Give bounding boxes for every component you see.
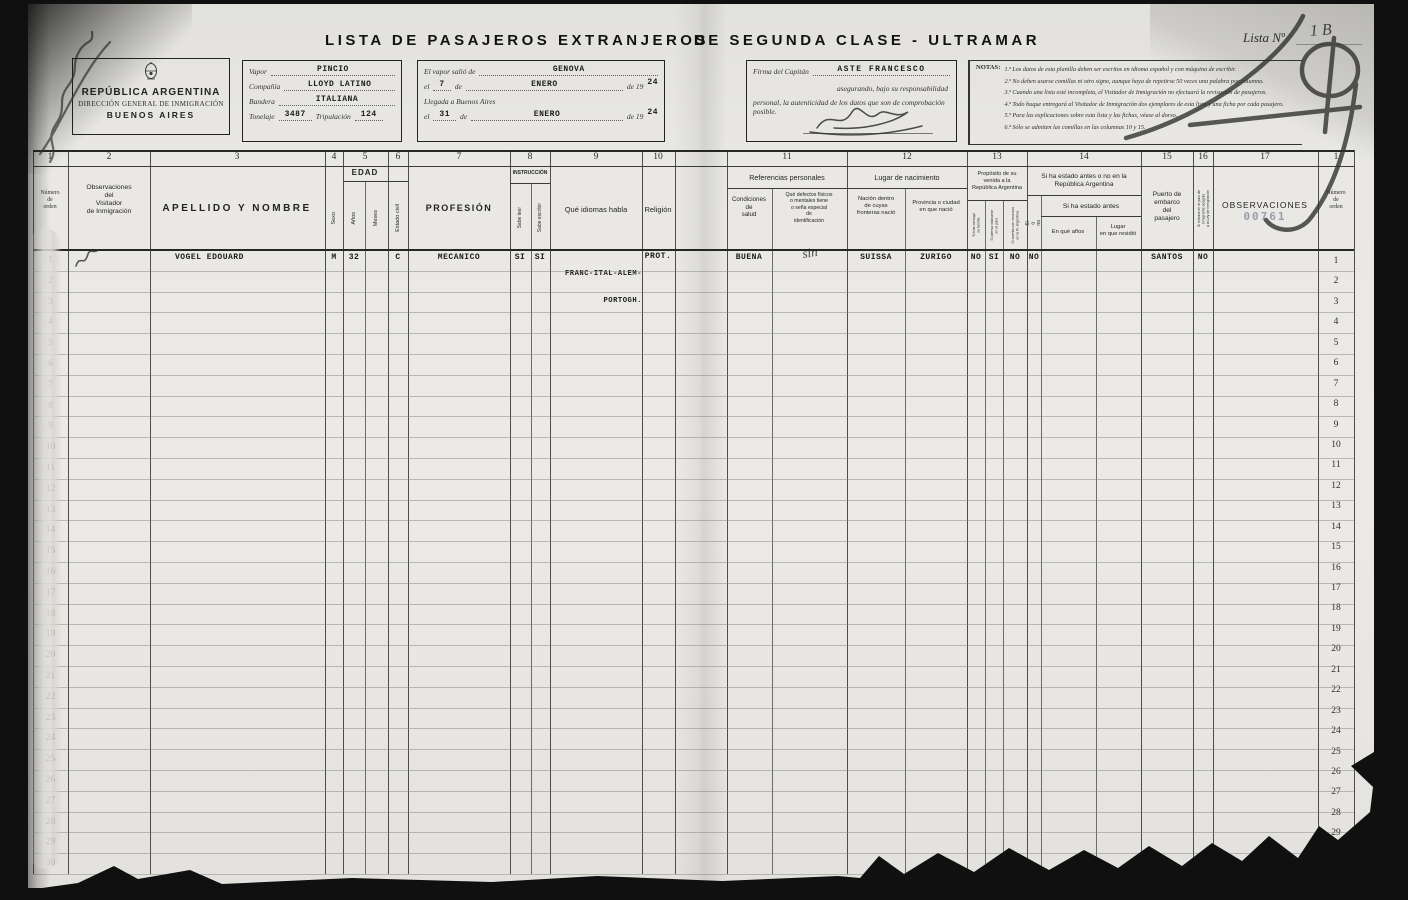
passenger-port: SANTOS xyxy=(1151,253,1183,262)
header-anios: Años xyxy=(351,212,357,225)
row-number-right: 25 xyxy=(1318,742,1354,762)
grid-line xyxy=(408,150,409,874)
grid-line xyxy=(510,150,511,874)
grid-line xyxy=(33,354,1354,355)
grid-line xyxy=(1027,195,1141,196)
grid-line xyxy=(1041,195,1042,874)
salida-day: 7 xyxy=(433,80,450,91)
grid-line xyxy=(343,181,408,182)
grid-line xyxy=(33,416,1354,417)
passenger-defects-handwritten: sin xyxy=(801,244,818,262)
col-number-3: 3 xyxy=(235,152,240,162)
header-sabe-leer: Sabe leer xyxy=(517,207,523,228)
tripulacion-label: Tripulación xyxy=(316,112,351,121)
grid-line xyxy=(33,396,1354,397)
vapor-label: Vapor xyxy=(249,67,267,76)
row-number-right: 20 xyxy=(1318,639,1354,659)
nota-3: 3.ª Cuando una lista esté incompleta, el… xyxy=(1004,87,1283,99)
de19-label-2: de 19 xyxy=(627,112,643,121)
header-en-que-anios: En qué años xyxy=(1052,229,1085,235)
grid-line xyxy=(1041,216,1141,217)
passenger-writes: SI xyxy=(535,253,546,262)
de19-label-1: de 19 xyxy=(627,82,643,91)
page-subtitle: DE SEGUNDA CLASE - ULTRAMAR xyxy=(694,32,1040,49)
grid-line xyxy=(33,770,1354,771)
grid-line xyxy=(510,183,550,184)
scan-background: LISTA DE PASAJEROS EXTRANJEROS DE SEGUND… xyxy=(0,0,1408,900)
header-observaciones: OBSERVACIONES xyxy=(1222,200,1308,210)
captain-name: ASTE FRANCESCO xyxy=(813,65,950,76)
grid-line xyxy=(33,666,1354,667)
grid-line xyxy=(1027,150,1028,874)
list-number-label: Lista Nº xyxy=(1243,30,1285,46)
signature-rule xyxy=(803,133,933,134)
llegada-label: Llegada a Buenos Aires xyxy=(424,97,495,106)
grid-line xyxy=(33,583,1354,584)
grid-line xyxy=(33,728,1354,729)
grid-line xyxy=(388,150,389,874)
col-number-16: 16 xyxy=(1198,152,1208,162)
row-numbers-right: 1234567891011121314151617181920212223242… xyxy=(1318,251,1354,844)
llegada-year: 24 xyxy=(647,108,658,117)
grid-line xyxy=(33,562,1354,563)
grid-line xyxy=(1193,150,1194,874)
grid-line xyxy=(967,200,1027,201)
header-numero-orden-right: Número de orden xyxy=(1327,190,1346,211)
grid-line xyxy=(68,150,69,874)
row-number-right: 3 xyxy=(1318,292,1354,312)
grid-line xyxy=(343,150,344,874)
row-number-right: 16 xyxy=(1318,558,1354,578)
grid-line xyxy=(33,853,1354,854)
passenger-col16-value: NO xyxy=(1198,253,1209,262)
de-label-1: de xyxy=(455,82,462,91)
header-lugar-residio: Lugar en que residió xyxy=(1100,224,1136,238)
salida-port: GENOVA xyxy=(479,65,658,76)
llegada-day: 31 xyxy=(433,110,456,121)
grid-line xyxy=(33,832,1354,833)
header-proposito-sub1: Si trae consigo su familia xyxy=(972,213,981,237)
grid-line xyxy=(550,150,551,874)
llegada-month: ENERO xyxy=(471,110,623,121)
salida-year: 24 xyxy=(647,78,658,87)
header-referencias: Referencias personales xyxy=(749,173,825,182)
col-number-17: 17 xyxy=(1260,152,1270,162)
voyage-info-box: El vapor salió deGENOVA el7deENEROde 192… xyxy=(417,60,665,142)
grid-line xyxy=(150,150,151,874)
passenger-reads: SI xyxy=(515,253,526,262)
nota-1: 1.ª Los datos de esta planilla deben ser… xyxy=(1004,64,1283,76)
page-fold-gutter xyxy=(675,4,727,892)
row-number-right: 26 xyxy=(1318,762,1354,782)
col-number-10: 10 xyxy=(653,152,663,162)
list-number-rule xyxy=(1296,44,1362,45)
header-proposito-sub3: Si cuenta con recursos en la R. Argentin… xyxy=(1011,207,1020,244)
compania-value: LLOYD LATINO xyxy=(284,80,395,91)
header-edad: EDAD xyxy=(352,168,379,177)
col-number-15: 15 xyxy=(1162,152,1172,162)
passenger-religion: PROT. xyxy=(645,252,672,261)
row-number-right: 22 xyxy=(1318,680,1354,700)
header-col16: Si entrará en el país de inmigrante acog… xyxy=(1197,190,1211,227)
grid-line xyxy=(33,479,1354,480)
grid-line xyxy=(967,150,968,874)
grid-line xyxy=(33,520,1354,521)
col-number-4: 4 xyxy=(332,152,337,162)
tonelaje-value: 3487 xyxy=(279,110,312,121)
passenger-birth-city: ZURIGO xyxy=(920,253,952,262)
row-number-right: 28 xyxy=(1318,803,1354,823)
header-estado-civil: Estado civil xyxy=(395,204,401,232)
grid-line xyxy=(33,791,1354,792)
vapor-value: PINCIO xyxy=(271,65,395,76)
tripulacion-value: 124 xyxy=(355,110,383,121)
row-number-right: 27 xyxy=(1318,782,1354,802)
grid-line xyxy=(33,271,1354,272)
grid-line xyxy=(33,812,1354,813)
grid-line xyxy=(33,874,1354,875)
grid-line xyxy=(325,150,326,874)
col-number-14: 14 xyxy=(1079,152,1089,162)
col-number-8: 8 xyxy=(528,152,533,162)
header-estado-antes-o-no: Si ha estado antes o no en la República … xyxy=(1041,173,1126,189)
passenger-health: BUENA xyxy=(736,253,763,262)
compania-label: Compañía xyxy=(249,82,280,91)
col-number-7: 7 xyxy=(457,152,462,162)
row-number-right: 6 xyxy=(1318,353,1354,373)
page-title: LISTA DE PASAJEROS EXTRANJEROS xyxy=(325,32,709,49)
salida-label: El vapor salió de xyxy=(424,67,475,76)
nota-6: 6.ª Sólo se admiten las comillas en las … xyxy=(1004,122,1283,134)
row-number-right: 4 xyxy=(1318,312,1354,332)
grid-line xyxy=(33,624,1354,625)
grid-line xyxy=(675,150,676,874)
grid-line xyxy=(33,645,1354,646)
row-number-right: 9 xyxy=(1318,415,1354,435)
tonelaje-label: Tonelaje xyxy=(249,112,275,121)
header-religion: Religión xyxy=(644,205,671,214)
col-number-9: 9 xyxy=(594,152,599,162)
col-number-6: 6 xyxy=(396,152,401,162)
grid-line xyxy=(33,604,1354,605)
list-number-value: 1 B xyxy=(1309,21,1332,40)
row-number-right: 2 xyxy=(1318,271,1354,291)
col-number-5: 5 xyxy=(363,152,368,162)
grid-line xyxy=(33,375,1354,376)
handwritten-inspector-mark xyxy=(76,250,98,266)
grid-line xyxy=(33,249,1354,251)
col-number-11: 11 xyxy=(782,152,791,162)
grid-line xyxy=(1003,200,1004,874)
header-salud: Condiciones de salud xyxy=(732,196,766,219)
passenger-purpose-3: NO xyxy=(1010,253,1021,262)
grid-line xyxy=(33,292,1354,293)
grid-line xyxy=(33,312,1354,313)
grid-line xyxy=(33,541,1354,542)
nota-5: 5.ª Para las explicaciones sobre esta li… xyxy=(1004,110,1283,122)
header-sabe-escribir: Sabe escribir xyxy=(537,203,543,232)
grid-line xyxy=(1354,150,1355,874)
grid-line xyxy=(1141,150,1142,874)
header-nacion: Nación dentro de cuyas fronteras nació xyxy=(857,196,895,217)
captain-box: Firma del CapitánASTE FRANCESCO aseguran… xyxy=(746,60,957,142)
header-proposito-sub2: Si piensa radicarse en el país xyxy=(990,210,999,241)
grid-line xyxy=(1318,150,1319,874)
header-provincia: Provincia o ciudad en que nació xyxy=(912,200,959,214)
notas-label: NOTAS: xyxy=(976,64,1000,133)
row-number-right: 1 xyxy=(1318,251,1354,271)
header-proposito: Propósito de su venida a la República Ar… xyxy=(972,171,1022,192)
header-apellido-nombre: APELLIDO Y NOMBRE xyxy=(162,203,311,214)
col-number-right: 1 xyxy=(1334,152,1339,162)
passenger-been-before: NO xyxy=(1029,253,1040,262)
grid-line xyxy=(985,200,986,874)
row-number-right: 8 xyxy=(1318,394,1354,414)
passenger-sex: M xyxy=(331,253,336,262)
header-defectos: Qué defectos físicos o mentales tiene o … xyxy=(786,192,833,224)
grid-line xyxy=(727,188,967,189)
col-number-12: 12 xyxy=(902,152,912,162)
grid-line xyxy=(33,166,1354,167)
salida-month: ENERO xyxy=(466,80,623,91)
nota-2: 2.ª No deben usarse comillas ni otro sig… xyxy=(1004,76,1283,88)
passenger-age: 32 xyxy=(349,253,360,262)
row-number-right: 29 xyxy=(1318,823,1354,843)
header-instruccion: INSTRUCCIÓN xyxy=(513,170,548,176)
passenger-birth-nation: SUISSA xyxy=(860,253,892,262)
binding-corner-shadow xyxy=(22,4,192,174)
nota-4: 4.ª Todo buque entregará al Visitador de… xyxy=(1004,99,1283,111)
row-number-right: 15 xyxy=(1318,537,1354,557)
grid-line xyxy=(1213,150,1214,874)
grid-line xyxy=(33,708,1354,709)
header-puerto-embarco: Puerto de embarco del pasajero xyxy=(1153,191,1182,223)
passenger-purpose-2: SI xyxy=(989,253,1000,262)
col-number-13: 13 xyxy=(992,152,1002,162)
captain-line2: personal, la autenticidad de los datos q… xyxy=(753,98,950,116)
header-profesion: PROFESIÓN xyxy=(426,203,493,213)
bandera-label: Bandera xyxy=(249,97,275,106)
row-number-right: 18 xyxy=(1318,598,1354,618)
captain-line1: asegurando, bajo su responsabilidad xyxy=(747,84,948,93)
header-meses: Meses xyxy=(373,210,379,226)
firma-label: Firma del Capitán xyxy=(753,67,809,76)
grid-line xyxy=(1096,216,1097,874)
grid-line xyxy=(33,333,1354,334)
row-number-right: 21 xyxy=(1318,660,1354,680)
grid-line xyxy=(33,687,1354,688)
de-label-2: de xyxy=(460,112,467,121)
bandera-value: ITALIANA xyxy=(279,95,395,106)
el-label-1: el xyxy=(424,82,429,91)
grid-line xyxy=(847,150,848,874)
header-si-o-no: Sí o no xyxy=(1026,220,1043,226)
header-si-ha-estado-antes: Si ha estado antes xyxy=(1063,203,1119,210)
row-number-right: 17 xyxy=(1318,578,1354,598)
header-idiomas: Qué idiomas habla xyxy=(565,205,628,214)
row-number-right: 24 xyxy=(1318,721,1354,741)
passenger-name: VOGEL EDOUARD xyxy=(175,253,244,262)
passenger-languages-line2: PORTOGH. xyxy=(550,297,642,306)
scanned-document-page: LISTA DE PASAJEROS EXTRANJEROS DE SEGUND… xyxy=(22,4,1374,892)
row-number-right: 5 xyxy=(1318,333,1354,353)
grid-line xyxy=(642,150,643,874)
passenger-civil-status: C xyxy=(395,253,400,262)
grid-line xyxy=(727,150,728,874)
grid-line xyxy=(33,150,1354,152)
header-observaciones-visitador: Observaciones del Visitador de Inmigraci… xyxy=(86,184,131,216)
ship-info-box: VaporPINCIO CompañíaLLOYD LATINO Bandera… xyxy=(242,60,402,142)
row-number-right: 19 xyxy=(1318,619,1354,639)
grid-line xyxy=(33,437,1354,438)
grid-line xyxy=(33,749,1354,750)
passenger-purpose-1: NO xyxy=(971,253,982,262)
grid-line xyxy=(33,458,1354,459)
row-number-right: 23 xyxy=(1318,701,1354,721)
passenger-profession: MECANICO xyxy=(438,253,480,262)
row-number-right: 7 xyxy=(1318,374,1354,394)
notes-box: NOTAS: 1.ª Los datos de esta planilla de… xyxy=(968,60,1302,145)
observaciones-stamp-number: 00761 xyxy=(1243,210,1286,223)
el-label-2: el xyxy=(424,112,429,121)
header-lugar-nacimiento: Lugar de nacimiento xyxy=(874,173,939,182)
grid-line xyxy=(33,500,1354,501)
header-sexo: Sexo xyxy=(331,212,337,225)
